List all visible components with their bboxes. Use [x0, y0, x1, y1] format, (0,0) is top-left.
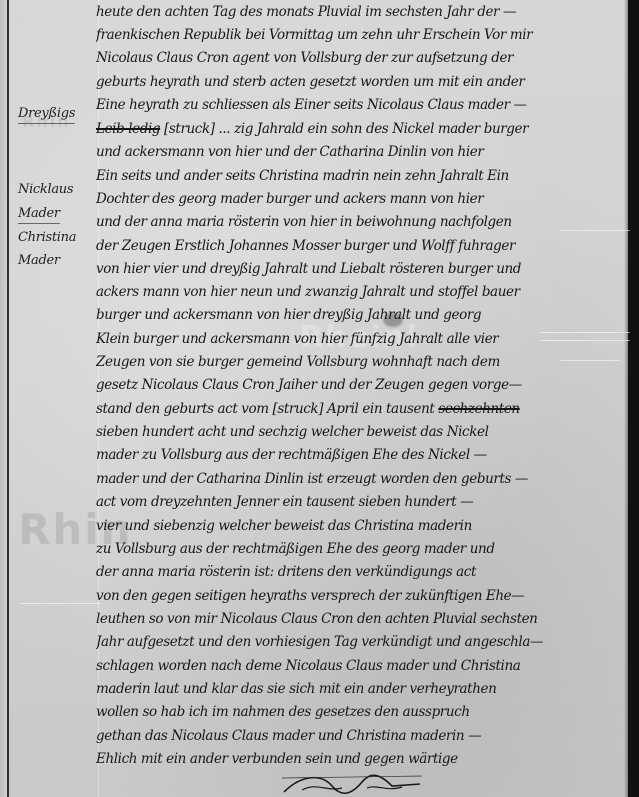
text-line: ackers mann von hier neun und zwanzig Ja… [96, 284, 626, 300]
text-line: burger und ackersmann von hier dreyßig J… [96, 307, 626, 323]
text-line-rest: [struck] ... zig Jahrald ein sohn des Ni… [164, 121, 528, 137]
text-line: schlagen worden nach deme Nicolaus Claus… [96, 658, 626, 674]
text-line: Eine heyrath zu schliessen als Einer sei… [96, 97, 626, 113]
text-line: mader und der Catharina Dinlin ist erzeu… [96, 471, 626, 487]
text-line: leuthen so von mir Nicolaus Claus Cron d… [96, 611, 626, 627]
text-line: Ehlich mit ein ander verbunden sein und … [96, 751, 626, 767]
text-line-with-strikethrough: Leib ledig [struck] ... zig Jahrald ein … [96, 121, 626, 137]
text-line: mader zu Vollsburg aus der rechtmäßigen … [96, 447, 626, 463]
text-line: act vom dreyzehnten Jenner ein tausent s… [96, 494, 626, 510]
left-margin-rule [7, 0, 9, 797]
text-line: maderin laut und klar das sie sich mit e… [96, 681, 626, 697]
text-line: der Zeugen Erstlich Johannes Mosser burg… [96, 238, 626, 254]
text-line: Klein burger und ackersmann von hier fün… [96, 331, 626, 347]
text-line: zu Vollsburg aus der rechtmäßigen Ehe de… [96, 541, 626, 557]
text-line: Dochter des georg mader burger und acker… [96, 191, 626, 207]
manuscript-body: heute den achten Tag des monats Pluvial … [96, 0, 626, 797]
text-line-with-strikethrough: stand den geburts act vom [struck] April… [96, 401, 626, 417]
text-line: Nicolaus Claus Cron agent von Vollsburg … [96, 50, 626, 66]
margin-notes: Dreyßigs Nicklaus Mader Christina Mader [14, 0, 100, 797]
margin-note: Mader [18, 253, 60, 268]
signature-flourish-icon [282, 772, 422, 796]
page-left-edge [0, 0, 7, 797]
page-right-edge-dark-band [628, 0, 639, 797]
text-line: und ackersmann von hier und der Catharin… [96, 144, 626, 160]
text-line: fraenkischen Republik bei Vormittag um z… [96, 27, 626, 43]
text-line: sieben hundert acht und sechzig welcher … [96, 424, 626, 440]
text-line: vier und siebenzig welcher beweist das C… [96, 518, 626, 534]
text-line: Jahr aufgesetzt und den vorhiesigen Tag … [96, 634, 626, 650]
text-line: gethan das Nicolaus Claus mader und Chri… [96, 728, 626, 744]
text-line: Ein seits und ander seits Christina madr… [96, 168, 626, 184]
margin-note: Nicklaus [18, 182, 73, 197]
struck-text: sechzehnten [438, 401, 519, 417]
text-line: wollen so hab ich im nahmen des gesetzes… [96, 704, 626, 720]
struck-text: Leib ledig [96, 121, 160, 137]
margin-note: Mader [18, 206, 60, 224]
text-line: geburts heyrath und sterb acten gesetzt … [96, 74, 626, 90]
text-line: von den gegen seitigen heyraths versprec… [96, 588, 626, 604]
text-line: gesetz Nicolaus Claus Cron Jaiher und de… [96, 377, 626, 393]
margin-note: Christina [18, 230, 76, 245]
text-line: der anna maria rösterin ist: dritens den… [96, 564, 626, 580]
text-line-rest: stand den geburts act vom [struck] April… [96, 401, 434, 417]
text-line: heute den achten Tag des monats Pluvial … [96, 4, 626, 20]
text-line: Zeugen von sie burger gemeind Vollsburg … [96, 354, 626, 370]
text-line: von hier vier und dreyßig Jahralt und Li… [96, 261, 626, 277]
text-line: und der anna maria rösterin von hier in … [96, 214, 626, 230]
margin-note: Dreyßigs [18, 106, 75, 124]
manuscript-page: Rhin Rheinl Rhin Dreyßigs Nicklaus Mader… [0, 0, 639, 797]
